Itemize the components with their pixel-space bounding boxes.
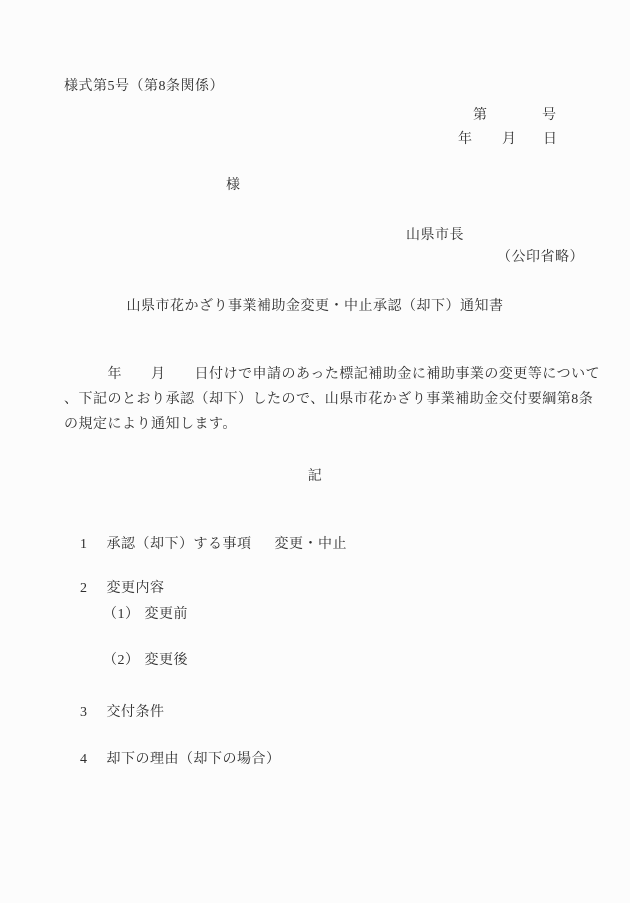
- item-number: 4: [80, 752, 88, 767]
- sender-title: 山県市長: [406, 226, 464, 246]
- item-label: 却下の理由（却下の場合）: [107, 752, 281, 767]
- date-month-label: 月: [502, 130, 517, 150]
- seal-omitted-note: （公印省略）: [497, 248, 584, 268]
- item-label: 交付条件: [107, 705, 165, 720]
- item-row-4: 4却下の理由（却下の場合）: [64, 730, 281, 790]
- body-line-3: の規定により通知します。: [64, 415, 237, 435]
- record-marker: 記: [0, 467, 630, 487]
- date-day-label: 日: [543, 130, 558, 150]
- item-value: 変更・中止: [275, 537, 348, 552]
- sub-item-number: （1）: [103, 607, 140, 622]
- doc-number-suffix: 号: [542, 106, 557, 126]
- body-line-1: 年 月 日付けで申請のあった標記補助金に補助事業の変更等について: [64, 365, 600, 385]
- addressee-honorific: 様: [226, 176, 241, 196]
- document-title: 山県市花かざり事業補助金変更・中止承認（却下）通知書: [0, 297, 630, 317]
- item-number: 3: [80, 705, 88, 720]
- sub-item-label: 変更前: [145, 607, 189, 622]
- sub-item-number: （2）: [103, 653, 140, 668]
- doc-number-prefix: 第: [473, 106, 488, 126]
- sub-item-row-2: （2）変更後: [87, 631, 188, 691]
- document-page: 様式第5号（第8条関係） 第 号 年 月 日 様 山県市長 （公印省略） 山県市…: [0, 0, 630, 903]
- item-number: 1: [80, 537, 88, 552]
- body-line-2: 、下記のとおり承認（却下）したので、山県市花かざり事業補助金交付要綱第8条: [64, 390, 593, 410]
- date-year-label: 年: [458, 130, 473, 150]
- form-number: 様式第5号（第8条関係）: [64, 77, 224, 97]
- sub-item-label: 変更後: [145, 653, 189, 668]
- item-label: 承認（却下）する事項: [107, 537, 252, 552]
